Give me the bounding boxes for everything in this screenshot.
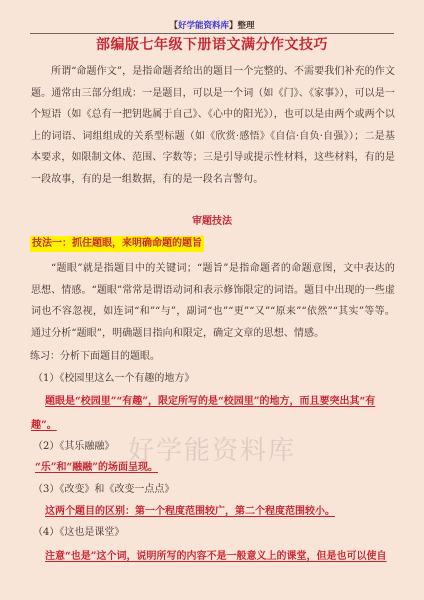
exercise-question-3: （3）《改变》和《改变一点点》 [33, 483, 174, 497]
technique-paragraph: “题眼”就是指题目中的关键词；“题旨”是指命题者的命题意图，文中表达的思想、情感… [31, 258, 395, 344]
document-title: 部编版七年级下册语文满分作文技巧 [0, 36, 424, 54]
intro-paragraph: 所谓“命题作文”，是指命题者给出的题目一个完整的、不需要我们补充的作文题。通常由… [31, 61, 395, 190]
document-page: 【好学能资料库】整理 部编版七年级下册语文满分作文技巧 所谓“命题作文”，是指命… [0, 0, 424, 600]
exercise-answer-4-line1: 注意“也是”这个词，说明所写的内容不是一般意义上的课堂，但是也可以使自 [45, 550, 387, 564]
header-suffix: 整理 [238, 21, 255, 31]
page-header: 【好学能资料库】整理 [0, 21, 424, 32]
exercise-prompt: 练习：分析下面题目的题眼。 [30, 350, 160, 364]
exercise-question-2: （2）《其乐融融》 [33, 440, 114, 454]
exercise-answer-1-line2: 趣”。 [31, 419, 57, 433]
exercise-answer-2: “乐”和“融融”的场面呈现。 [35, 461, 158, 475]
exercise-answer-3: 这两个题目的区别：第一个程度范围较广，第二个程度范围较小。 [45, 505, 335, 519]
header-bracket-open: 【 [169, 21, 178, 31]
exercise-question-1: （1）《校园里这么一个有趣的地方》 [33, 372, 194, 386]
exercise-answer-1-line1: 题眼是“校园里”“有趣”，限定所写的是“校园里”的地方，而且要突出其“有 [45, 395, 375, 409]
brand-link[interactable]: 好学能资料库 [178, 21, 229, 31]
header-divider [30, 33, 394, 34]
technique-heading-highlighted: 技法一：抓住题眼，来明确命题的题旨 [30, 236, 204, 252]
exercise-question-4: （4）《这也是课堂》 [33, 526, 124, 540]
header-bracket-close: 】 [229, 21, 238, 31]
section-title: 审题技法 [0, 212, 424, 227]
